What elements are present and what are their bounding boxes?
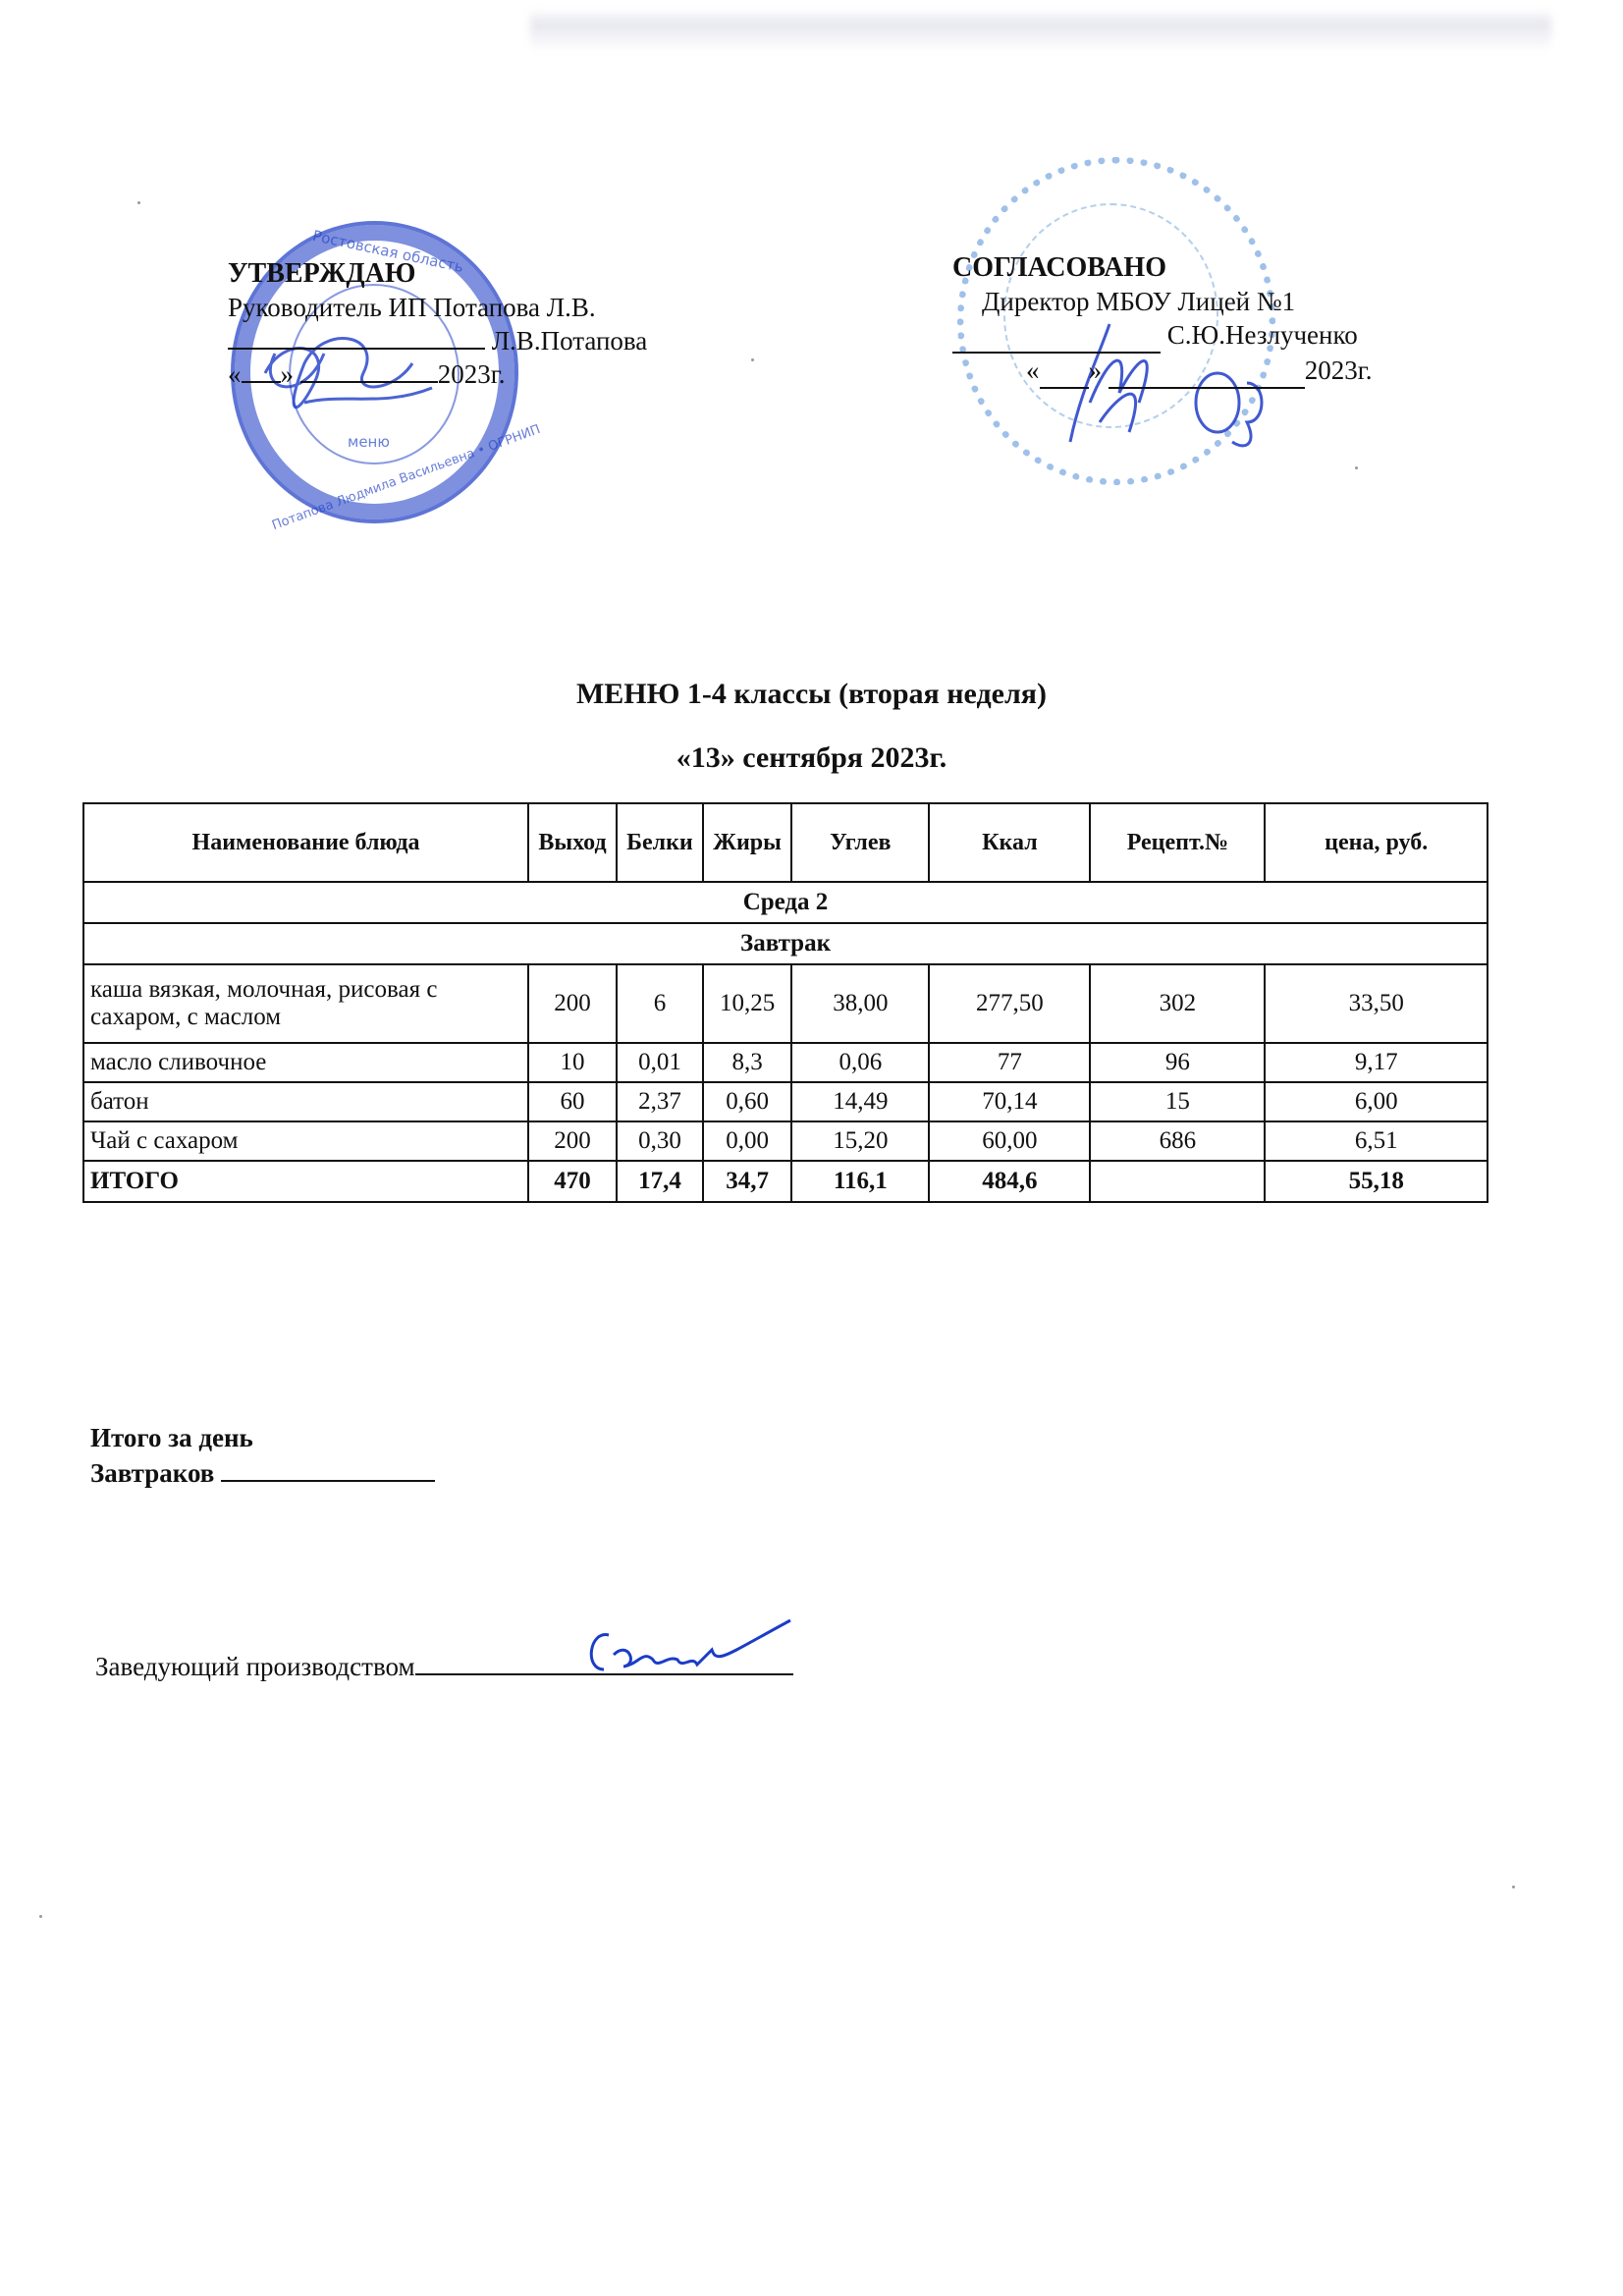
total-carbs: 116,1 [791,1161,929,1202]
dish-kcal: 77 [929,1043,1090,1082]
dish-price: 9,17 [1265,1043,1488,1082]
day-label: Среда 2 [83,882,1488,923]
meal-section-row: Завтрак [83,923,1488,964]
dish-name: Чай с сахаром [83,1121,528,1161]
total-output: 470 [528,1161,617,1202]
table-header-row: Наименование блюда Выход Белки Жиры Угле… [83,803,1488,882]
table-row: батон 60 2,37 0,60 14,49 70,14 15 6,00 [83,1082,1488,1121]
dish-protein: 0,01 [617,1043,703,1082]
scan-speck [39,1915,42,1918]
dish-carbs: 0,06 [791,1043,929,1082]
scan-shadow [530,10,1551,49]
chief-signature-icon [584,1615,800,1684]
approval-year: 2023г. [438,359,506,389]
agreement-heading: СОГЛАСОВАНО [952,251,1373,285]
dish-name: масло сливочное [83,1043,528,1082]
dish-fat: 0,00 [703,1121,791,1161]
dish-recipe: 15 [1090,1082,1265,1121]
header-dish-name: Наименование блюда [83,803,528,882]
table-row: Чай с сахаром 200 0,30 0,00 15,20 60,00 … [83,1121,1488,1161]
total-fat: 34,7 [703,1161,791,1202]
approval-position: Руководитель ИП Потапова Л.В. [228,291,647,324]
total-row: ИТОГО 470 17,4 34,7 116,1 484,6 55,18 [83,1161,1488,1202]
agreement-signature-line [952,318,1161,354]
approval-date-open: « [228,359,242,389]
day-section-row: Среда 2 [83,882,1488,923]
day-total-block: Итого за день Завтраков [90,1420,435,1491]
agreement-position: Директор МБОУ Лицей №1 [952,285,1373,318]
dish-output: 200 [528,964,617,1043]
dish-price: 6,00 [1265,1082,1488,1121]
agreement-block: СОГЛАСОВАНО Директор МБОУ Лицей №1 С.Ю.Н… [952,251,1373,389]
total-recipe [1090,1161,1265,1202]
agreement-day-line [1040,354,1089,389]
agreement-month-line [1109,354,1305,389]
meal-label: Завтрак [83,923,1488,964]
menu-title: МЕНЮ 1-4 классы (вторая неделя) [0,678,1623,711]
dish-name: батон [83,1082,528,1121]
scan-speck [1512,1886,1515,1888]
header-output: Выход [528,803,617,882]
approval-date-close: » [281,359,295,389]
stamp-text-center: меню [348,433,390,451]
dish-fat: 10,25 [703,964,791,1043]
dish-output: 10 [528,1043,617,1082]
table-row: масло сливочное 10 0,01 8,3 0,06 77 96 9… [83,1043,1488,1082]
dish-protein: 6 [617,964,703,1043]
chief-label: Заведующий производством [95,1652,415,1681]
approval-day-line [242,381,281,383]
scan-speck [1355,466,1358,469]
dish-carbs: 15,20 [791,1121,929,1161]
dish-fat: 0,60 [703,1082,791,1121]
approval-signer: Л.В.Потапова [492,326,648,355]
total-price: 55,18 [1265,1161,1488,1202]
dish-kcal: 70,14 [929,1082,1090,1121]
table-row: каша вязкая, молочная, рисовая с сахаром… [83,964,1488,1043]
header-kcal: Ккал [929,803,1090,882]
agreement-year: 2023г. [1305,355,1373,385]
approval-block: УТВЕРЖДАЮ Руководитель ИП Потапова Л.В. … [228,257,647,391]
dish-price: 33,50 [1265,964,1488,1043]
total-protein: 17,4 [617,1161,703,1202]
header-recipe: Рецепт.№ [1090,803,1265,882]
breakfasts-label: Завтраков [90,1458,214,1488]
approval-month-line [300,381,438,383]
header-carbs: Углев [791,803,929,882]
agreement-signer: С.Ю.Незлученко [1167,320,1358,350]
breakfasts-count-line [221,1456,435,1482]
header-price: цена, руб. [1265,803,1488,882]
scan-speck [751,358,754,361]
dish-recipe: 686 [1090,1121,1265,1161]
dish-recipe: 302 [1090,964,1265,1043]
dish-protein: 0,30 [617,1121,703,1161]
total-kcal: 484,6 [929,1161,1090,1202]
dish-recipe: 96 [1090,1043,1265,1082]
day-total-label: Итого за день [90,1420,435,1455]
dish-protein: 2,37 [617,1082,703,1121]
dish-kcal: 277,50 [929,964,1090,1043]
menu-table: Наименование блюда Выход Белки Жиры Угле… [82,802,1488,1203]
dish-output: 60 [528,1082,617,1121]
dish-price: 6,51 [1265,1121,1488,1161]
menu-date: «13» сентября 2023г. [0,741,1623,775]
scan-speck [137,201,140,204]
approval-heading: УТВЕРЖДАЮ [228,257,647,291]
agreement-date-open: « [1026,355,1040,385]
approval-signature-line [228,348,485,350]
total-label: ИТОГО [83,1161,528,1202]
dish-carbs: 38,00 [791,964,929,1043]
header-fat: Жиры [703,803,791,882]
header-protein: Белки [617,803,703,882]
dish-fat: 8,3 [703,1043,791,1082]
dish-output: 200 [528,1121,617,1161]
agreement-date-close: » [1089,355,1103,385]
dish-kcal: 60,00 [929,1121,1090,1161]
dish-name: каша вязкая, молочная, рисовая с сахаром… [83,964,528,1043]
dish-carbs: 14,49 [791,1082,929,1121]
